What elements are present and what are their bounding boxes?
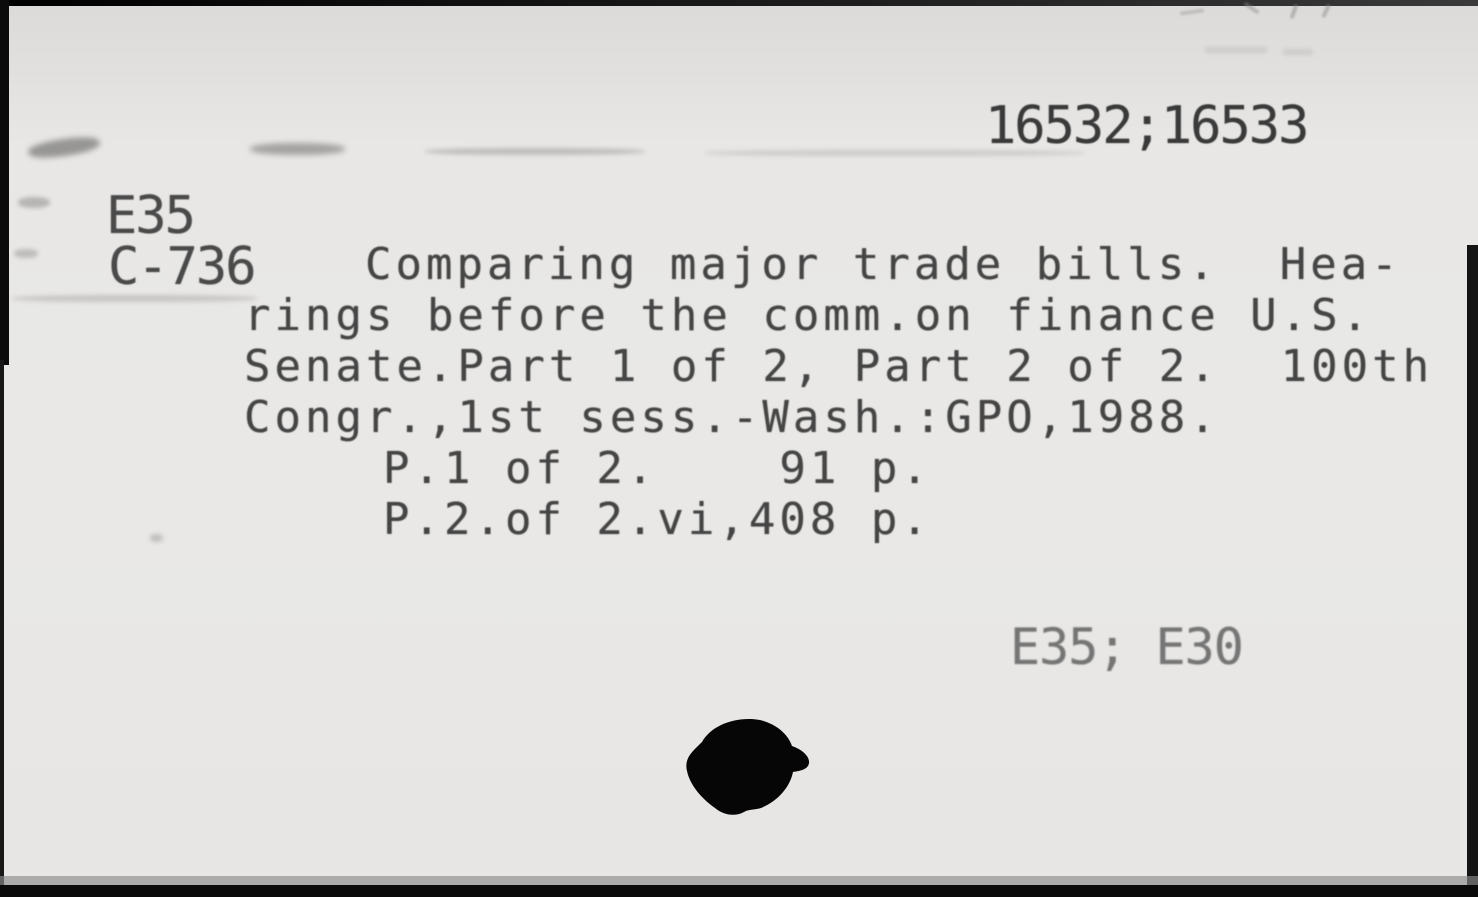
accession-numbers: 16532;16533 <box>985 100 1307 152</box>
smudge-mark <box>27 134 101 161</box>
scan-edge-top <box>0 0 1478 6</box>
entry-line-4: Congr.,1st sess.-Wash.:GPO,1988. <box>244 396 1220 440</box>
pencil-mark <box>1290 4 1299 19</box>
classification-codes: E35; E30 <box>1010 622 1243 672</box>
smudge-mark <box>18 197 50 208</box>
entry-line-2: rings before the comm.on finance U.S. <box>244 294 1372 338</box>
entry-line-5: P.1 of 2. 91 p. <box>383 447 932 491</box>
scan-edge-bottom-black <box>0 885 1478 897</box>
pencil-mark <box>1283 49 1313 55</box>
entry-line-6: P.2.of 2.vi,408 p. <box>383 498 932 542</box>
smudge-mark <box>14 249 38 258</box>
scan-edge-left-upper <box>0 0 9 365</box>
entry-line-1: Comparing major trade bills. Hea- <box>365 243 1402 287</box>
scan-edge-left-lower <box>0 360 4 897</box>
smudge-mark <box>250 143 345 155</box>
pencil-mark <box>1180 8 1204 15</box>
call-number-line2: C-736 <box>108 241 255 293</box>
smudge-mark <box>425 148 645 155</box>
ink-blot <box>672 710 820 828</box>
scan-edge-bottom-gray <box>0 876 1478 885</box>
call-number-line1: E35 <box>106 190 194 242</box>
smudge-mark <box>150 534 163 542</box>
catalog-card: 16532;16533 E35 C-736 Comparing major tr… <box>0 0 1478 897</box>
pencil-mark <box>1205 47 1267 53</box>
scan-edge-right <box>1467 245 1478 897</box>
entry-line-3: Senate.Part 1 of 2, Part 2 of 2. 100th <box>244 345 1433 389</box>
